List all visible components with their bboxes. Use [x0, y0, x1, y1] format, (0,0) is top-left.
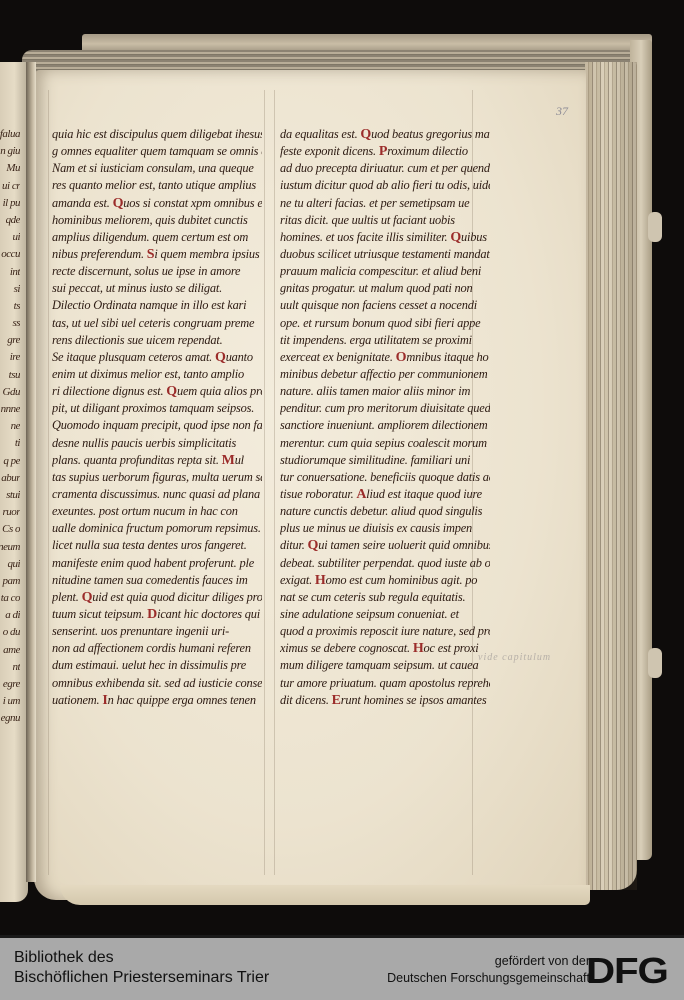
- verso-page: faluan giuMuui cril puqdeuioccuintsitsss…: [0, 62, 28, 902]
- rubricated-initial: I: [102, 693, 107, 708]
- text-line: plus ue minus ue diuisis ex causis impen: [280, 520, 490, 537]
- verso-fragment: o du: [0, 624, 20, 641]
- text-line: homines. et uos facite illis similiter. …: [280, 229, 490, 246]
- verso-fragment: nt: [0, 659, 20, 676]
- clasp-lower: [648, 648, 662, 678]
- dfg-logo: DFG: [586, 953, 668, 989]
- verso-fragment: occu: [0, 246, 20, 263]
- text-line: studiorumque similitudine. familiari uni: [280, 452, 490, 469]
- verso-fragment: ire: [0, 349, 20, 366]
- rubricated-initial: D: [147, 607, 157, 622]
- library-name-line1: Bibliothek des: [14, 948, 269, 968]
- text-line: duobus scilicet utriusque testamenti man…: [280, 246, 490, 263]
- text-line: uult quisque non faciens cesset a nocend…: [280, 297, 490, 314]
- verso-fragment: ui: [0, 229, 20, 246]
- text-line: tur conuersatione. beneficiis quoque dat…: [280, 469, 490, 486]
- text-line: iustum dicitur quod ab alio fieri tu odi…: [280, 177, 490, 194]
- verso-fragment: Mu: [0, 160, 20, 177]
- rubricated-initial: Q: [215, 350, 226, 365]
- rubricated-initial: M: [222, 453, 235, 468]
- text-line: pit, ut diligant proximos tamquam seipso…: [52, 400, 262, 417]
- marginal-note: vide capitulum: [478, 652, 551, 663]
- verso-fragment: ta co: [0, 590, 20, 607]
- rubricated-initial: E: [332, 693, 341, 708]
- verso-fragment: a di: [0, 607, 20, 624]
- library-name: Bibliothek des Bischöflichen Priestersem…: [14, 948, 269, 988]
- funding-line1: gefördert von der: [387, 953, 590, 970]
- text-column-a: quia hic est discipulus quem diligebat i…: [52, 126, 262, 709]
- verso-fragment: i um: [0, 693, 20, 710]
- verso-fragment: ui cr: [0, 178, 20, 195]
- text-line: plans. quanta profunditas repta sit. Mul: [52, 452, 262, 469]
- verso-fragment: nnne: [0, 401, 20, 418]
- manuscript-scan: faluan giuMuui cril puqdeuioccuintsitsss…: [0, 0, 684, 935]
- text-line: tas supius uerborum figuras, multa uerum…: [52, 469, 262, 486]
- page-bottom-edge: [60, 885, 590, 905]
- library-name-line2: Bischöflichen Priesterseminars Trier: [14, 968, 269, 988]
- text-line: desne nullis paucis uerbis simplicitatis: [52, 435, 262, 452]
- text-line: nibus preferendum. Si quem membra ipsius…: [52, 246, 262, 263]
- text-line: ope. et rursum bonum quod sibi fieri app…: [280, 315, 490, 332]
- fore-edge-shade: [585, 62, 637, 890]
- text-line: Quomodo inquam precipit, quod ipse non f…: [52, 417, 262, 434]
- text-line: amanda est. Quos si constat xpm omnibus …: [52, 195, 262, 212]
- text-line: exerceat ex benignitate. Omnibus itaque …: [280, 349, 490, 366]
- verso-fragment: ne: [0, 418, 20, 435]
- text-line: licet nulla sua testa dentes uros fanger…: [52, 537, 262, 554]
- verso-fragment: n giu: [0, 143, 20, 160]
- text-line: omnibus exhibenda sit. sed ad iusticie c…: [52, 675, 262, 692]
- text-line: merentur. cum quia sepius coalescit moru…: [280, 435, 490, 452]
- verso-fragment: pam: [0, 573, 20, 590]
- rubricated-initial: H: [315, 573, 326, 588]
- text-line: sui peccat, ut minus iusto se diligat.: [52, 280, 262, 297]
- text-line: sine adulatione seipsum conueniat. et: [280, 606, 490, 623]
- verso-fragment: q pe: [0, 453, 20, 470]
- verso-fragment: si: [0, 281, 20, 298]
- text-line: ualle dominica fructum pomorum repsimus.…: [52, 520, 262, 537]
- text-line: tas, ut uel sibi uel ceteris congruam pr…: [52, 315, 262, 332]
- rubricated-initial: S: [147, 247, 155, 262]
- text-line: dum estimaui. uelut hec in dissimulis pr…: [52, 657, 262, 674]
- text-line: prauum malicia compescitur. et aliud ben…: [280, 263, 490, 280]
- text-line: gnitas progatur. ut malum quod pati non: [280, 280, 490, 297]
- text-line: nat se cum ceteris sub regula equitatis.: [280, 589, 490, 606]
- text-line: g omnes equaliter quem tamquam se omnis …: [52, 143, 262, 160]
- verso-fragment: ti: [0, 435, 20, 452]
- verso-fragment: qde: [0, 212, 20, 229]
- text-line: nature. aliis tamen maior aliis minor im: [280, 383, 490, 400]
- text-line: Se itaque plusquam ceteros amat. Quanto: [52, 349, 262, 366]
- text-line: nitudine tamen sua comedentis fauces im: [52, 572, 262, 589]
- funding-credit: gefördert von der Deutschen Forschungsge…: [387, 953, 590, 987]
- ruling-line: [264, 90, 265, 875]
- text-line: debeat. subtiliter perpendat. quod iuste…: [280, 555, 490, 572]
- verso-fragment: falua: [0, 126, 20, 143]
- text-line: da equalitas est. Quod beatus gregorius …: [280, 126, 490, 143]
- text-line: manifeste enim quod habent proferunt. pl…: [52, 555, 262, 572]
- text-line: nature cunctis debetur. aliud quod singu…: [280, 503, 490, 520]
- rubricated-initial: P: [379, 144, 387, 159]
- verso-fragment: tsu: [0, 367, 20, 384]
- clasp-upper: [648, 212, 662, 242]
- text-line: quod a proximis reposcit iure nature, se…: [280, 623, 490, 640]
- verso-fragment: ts: [0, 298, 20, 315]
- verso-fragment: ss: [0, 315, 20, 332]
- text-line: tur amore priuatum. quam apostolus repre…: [280, 675, 490, 692]
- text-line: amplius diligendum. quem certum est om: [52, 229, 262, 246]
- text-line: hominibus meliorem, quis dubitet cunctis: [52, 212, 262, 229]
- verso-fragment: il pu: [0, 195, 20, 212]
- text-line: uationem. In hac quippe erga omnes tenen: [52, 692, 262, 709]
- folio-number: 37: [556, 104, 568, 119]
- text-line: ximus se debere cognoscat. Hoc est proxi: [280, 640, 490, 657]
- verso-fragment: abur: [0, 470, 20, 487]
- verso-fragment: egre: [0, 676, 20, 693]
- text-line: sanctiore inueniunt. ampliorem dilection…: [280, 417, 490, 434]
- text-line: feste exponit dicens. Proximum dilectio: [280, 143, 490, 160]
- text-line: quia hic est discipulus quem diligebat i…: [52, 126, 262, 143]
- text-line: res quanto melior est, tanto utique ampl…: [52, 177, 262, 194]
- rubricated-initial: Q: [360, 127, 371, 142]
- text-line: cramenta discussimus. nunc quasi ad plan…: [52, 486, 262, 503]
- text-column-b: da equalitas est. Quod beatus gregorius …: [280, 126, 490, 709]
- rubricated-initial: Q: [166, 384, 177, 399]
- text-line: non ad affectionem cordis humani referen: [52, 640, 262, 657]
- rubricated-initial: A: [356, 487, 366, 502]
- text-line: ad duo precepta diriuatur. cum et per qu…: [280, 160, 490, 177]
- rubricated-initial: H: [413, 641, 424, 656]
- verso-fragment: Cs o: [0, 521, 20, 538]
- text-line: rens dilectionis sue uicem rependat.: [52, 332, 262, 349]
- text-line: recte discernunt, solus ue ipse in amore: [52, 263, 262, 280]
- funding-line2: Deutschen Forschungsgemeinschaft: [387, 970, 590, 987]
- verso-fragment: neum: [0, 539, 20, 556]
- verso-fragment: ruor: [0, 504, 20, 521]
- rubricated-initial: Q: [82, 590, 93, 605]
- rubricated-initial: Q: [308, 538, 319, 553]
- text-line: enim ut diximus melior est, tanto amplio: [52, 366, 262, 383]
- text-line: dit dicens. Erunt homines se ipsos amant…: [280, 692, 490, 709]
- text-line: ritas dicit. que uultis ut faciant uobis: [280, 212, 490, 229]
- rubricated-initial: Q: [450, 230, 461, 245]
- ruling-line: [48, 90, 49, 875]
- text-line: ditur. Qui tamen seire uoluerit quid omn…: [280, 537, 490, 554]
- text-line: Nam et si iusticiam consulam, una queque: [52, 160, 262, 177]
- text-line: exeuntes. post ortum nucum in hac con: [52, 503, 262, 520]
- ruling-line: [274, 90, 275, 875]
- text-line: senserint. uos prenuntare ingenii uri-: [52, 623, 262, 640]
- verso-fragment: qui: [0, 556, 20, 573]
- rubricated-initial: Q: [113, 196, 124, 211]
- text-line: minibus debetur affectio per communionem: [280, 366, 490, 383]
- verso-fragment: gre: [0, 332, 20, 349]
- verso-text-fragments: faluan giuMuui cril puqdeuioccuintsitsss…: [0, 126, 20, 728]
- text-line: plent. Quid est quia quod dicitur dilige…: [52, 589, 262, 606]
- text-line: ne tu alteri facias. et per semetipsam u…: [280, 195, 490, 212]
- verso-fragment: int: [0, 264, 20, 281]
- verso-fragment: ame: [0, 642, 20, 659]
- text-line: exigat. Homo est cum hominibus agit. po: [280, 572, 490, 589]
- text-line: tisue roboratur. Aliud est itaque quod i…: [280, 486, 490, 503]
- text-line: ri dilectione dignus est. Quem quia alio…: [52, 383, 262, 400]
- rubricated-initial: O: [396, 350, 407, 365]
- verso-fragment: Gdu: [0, 384, 20, 401]
- book-gutter: [26, 62, 36, 882]
- text-line: tit impendens. erga utilitatem se proxim…: [280, 332, 490, 349]
- verso-fragment: stui: [0, 487, 20, 504]
- text-line: Dilectio Ordinata namque in illo est kar…: [52, 297, 262, 314]
- verso-fragment: egnu: [0, 710, 20, 727]
- text-line: tuum sicut teipsum. Dicant hic doctores …: [52, 606, 262, 623]
- text-line: penditur. cum pro meritorum diuisitate q…: [280, 400, 490, 417]
- text-line: mum diligere tamquam seipsum. ut cauea: [280, 657, 490, 674]
